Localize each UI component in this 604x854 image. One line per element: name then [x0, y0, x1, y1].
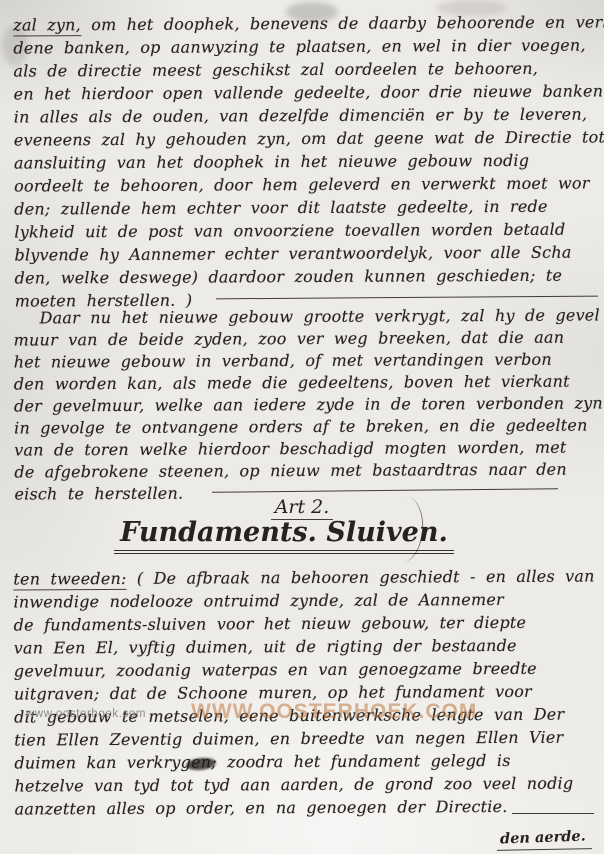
manuscript-line: de fundaments-sluiven voor het nieuw geb…: [14, 610, 596, 636]
manuscript-line: den worden kan, als mede die gedeeltens,…: [14, 370, 596, 395]
manuscript-line: van Een El, vyftig duimen, uit de rigtin…: [14, 633, 596, 659]
paragraph-lead: ten tweeden:: [13, 569, 126, 591]
manuscript-line: den; zullende hem echter voor dit laatst…: [14, 194, 596, 220]
manuscript-line: der gevelmuur, welke aan iedere zyde in …: [14, 392, 596, 417]
manuscript-line: duimen kan verkrygen; zoodra het fundame…: [14, 748, 596, 774]
manuscript-line: blyvende hy Aannemer echter verantwoorde…: [14, 240, 596, 266]
manuscript-line: eveneens zal hy gehouden zyn, om dat gee…: [14, 125, 596, 151]
manuscript-line: den, welke deswege) daardoor zouden kunn…: [15, 263, 597, 289]
manuscript-line: muur van de beide zyden, zoo ver weg bre…: [14, 326, 596, 351]
manuscript-line: lykheid uit de post van onvoorziene toev…: [14, 217, 596, 243]
manuscript-line: dene banken, op aanwyzing te plaatsen, e…: [13, 33, 595, 59]
manuscript-line: ten tweeden: ( De afbraak na behooren ge…: [13, 564, 595, 590]
manuscript-line: Daar nu het nieuwe gebouw grootte verkry…: [13, 304, 595, 329]
manuscript-line: als de directie meest geschikst zal oord…: [13, 56, 595, 82]
article-number-heading: Art 2.: [0, 496, 604, 518]
paragraph-3: ten tweeden: ( De afbraak na behooren ge…: [13, 564, 596, 820]
manuscript-line: zal zyn, om het doophek, benevens de daa…: [13, 10, 595, 36]
manuscript-line: aanzetten alles op order, en na genoegen…: [15, 794, 597, 820]
catchword-underline: [497, 848, 592, 851]
manuscript-line: de afgebrokene steenen, op nieuw met bas…: [14, 458, 596, 483]
manuscript-line-text: om het doophek, benevens de daarby behoo…: [91, 12, 604, 34]
manuscript-line: en het hierdoor open vallende gedeelte, …: [14, 79, 596, 105]
manuscript-line: oordeelt te behooren, door hem geleverd …: [14, 171, 596, 197]
manuscript-line: in alles als de ouden, van dezelfde dime…: [14, 102, 596, 128]
manuscript-line: inwendige nodelooze ontruimd zynde, zal …: [13, 587, 595, 613]
manuscript-line: in gevolge te ontvangene orders af te br…: [14, 414, 596, 439]
manuscript-line-text: ( De afbraak na behooren geschiedt - en …: [137, 566, 604, 588]
watermark-small: www.oosterhoek.com: [26, 708, 146, 720]
manuscript-page: zal zyn, om het doophek, benevens de daa…: [0, 0, 604, 854]
paragraph-opening-phrase: zal zyn,: [13, 15, 81, 36]
section-divider: [512, 813, 594, 814]
manuscript-line: van de toren welke hierdoor beschadigd m…: [14, 436, 596, 461]
watermark-large: WWW.OOSTERHOEK.COM: [191, 700, 477, 724]
manuscript-line: aansluiting van het doophek in het nieuw…: [14, 148, 596, 174]
manuscript-line: het nieuwe gebouw in verband, of met ver…: [14, 348, 596, 373]
article-title-text: Fundaments. Sluiven.: [114, 517, 454, 554]
article-title-heading: Fundaments. Sluiven.: [0, 517, 586, 548]
catchword: den aerde.: [500, 828, 586, 848]
manuscript-line: tien Ellen Zeventig duimen, en breedte v…: [14, 725, 596, 751]
manuscript-line: hetzelve van tyd tot tyd aan aarden, de …: [14, 771, 596, 797]
paragraph-2: Daar nu het nieuwe gebouw grootte verkry…: [13, 304, 596, 505]
manuscript-line: gevelmuur, zoodanig waterpas en van geno…: [14, 656, 596, 682]
paragraph-1: zal zyn, om het doophek, benevens de daa…: [13, 10, 597, 312]
